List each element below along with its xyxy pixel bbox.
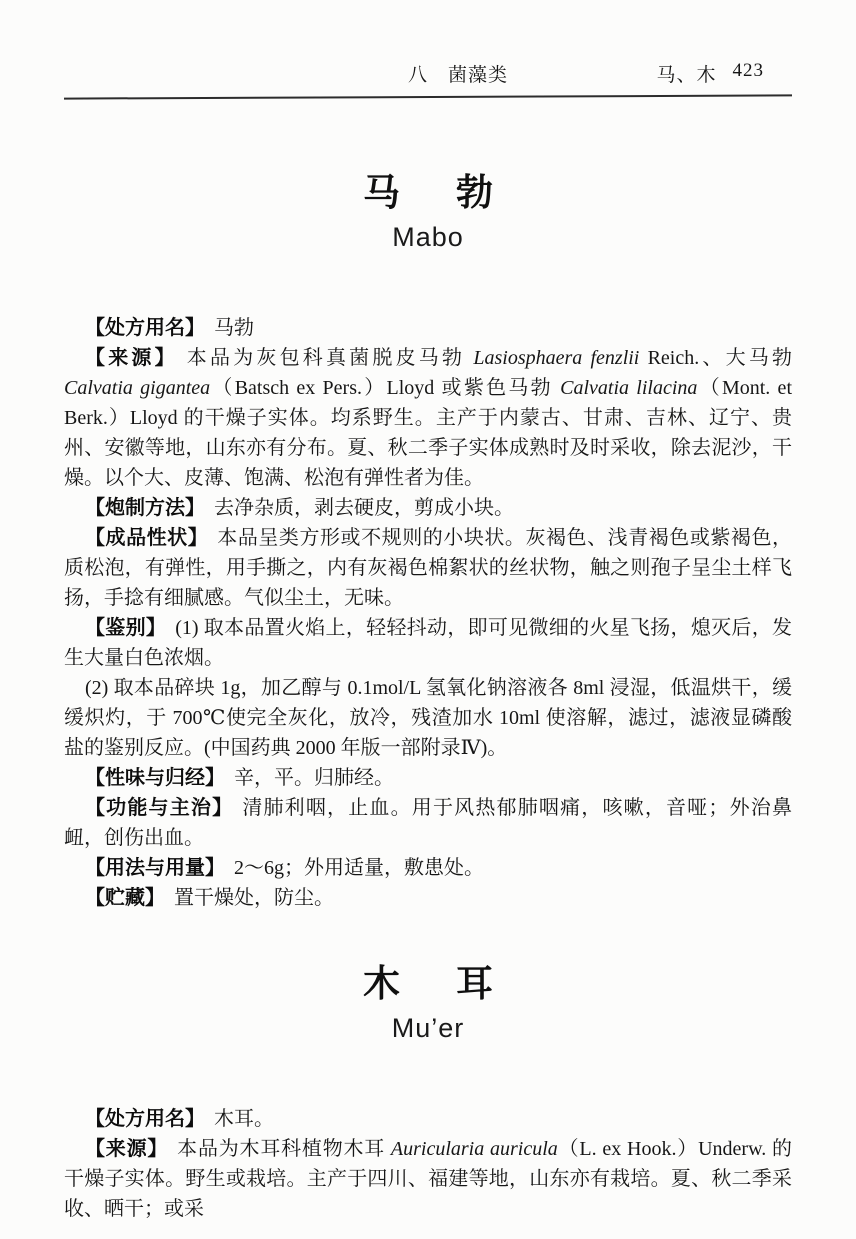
header-rule bbox=[64, 94, 792, 99]
entry-title-char: 木 bbox=[363, 965, 400, 1002]
section-label: 【处方用名】 bbox=[85, 1108, 205, 1130]
paragraph: 【处方用名】木耳。 bbox=[64, 1104, 792, 1134]
entry-title-char: 勃 bbox=[456, 174, 493, 211]
text-run: （Batsch ex Pers.）Lloyd 或紫色马勃 bbox=[210, 377, 560, 399]
section-label: 【来源】 bbox=[85, 347, 178, 369]
paragraph: 【来源】本品为灰包科真菌脱皮马勃 Lasiosphaera fenzlii Re… bbox=[64, 343, 792, 493]
latin-species-name: Lasiosphaera fenzlii bbox=[473, 347, 639, 369]
entry-body: 【处方用名】木耳。【来源】本品为木耳科植物木耳 Auricularia auri… bbox=[64, 1104, 792, 1224]
latin-species-name: Auricularia auricula bbox=[391, 1138, 558, 1160]
text-run: 置干燥处，防尘。 bbox=[174, 887, 334, 909]
page-header: 八 菌藻类 马、木 423 bbox=[64, 0, 792, 87]
text-run: 辛，平。归肺经。 bbox=[234, 767, 394, 789]
paragraph: 【功能与主治】清肺利咽，止血。用于风热郁肺咽痛，咳嗽，音哑；外治鼻衄，创伤出血。 bbox=[64, 793, 792, 853]
section-label: 【成品性状】 bbox=[85, 527, 208, 549]
paragraph: 【鉴别】(1) 取本品置火焰上，轻轻抖动，即可见微细的火星飞扬，熄灭后，发生大量… bbox=[64, 613, 792, 673]
page-header-right: 马、木 423 bbox=[656, 60, 792, 87]
section-label: 【处方用名】 bbox=[85, 317, 205, 339]
text-run: 本品为木耳科植物木耳 bbox=[177, 1138, 391, 1160]
chapter-title: 八 菌藻类 bbox=[408, 60, 508, 87]
section-label: 【用法与用量】 bbox=[85, 857, 225, 879]
entry-range: 马、木 bbox=[656, 60, 716, 87]
text-run: 2～6g；外用适量，敷患处。 bbox=[234, 857, 484, 879]
entry-title: 马勃 bbox=[64, 174, 792, 211]
text-run: Reich.、大马勃 bbox=[639, 347, 792, 369]
paragraph: 【用法与用量】2～6g；外用适量，敷患处。 bbox=[64, 853, 792, 883]
text-run: 本品为灰包科真菌脱皮马勃 bbox=[187, 347, 474, 369]
section-label: 【性味与归经】 bbox=[85, 767, 225, 789]
entry-title-char: 耳 bbox=[456, 965, 493, 1002]
paragraph: 【性味与归经】辛，平。归肺经。 bbox=[64, 763, 792, 793]
paragraph: 【来源】本品为木耳科植物木耳 Auricularia auricula（L. e… bbox=[64, 1134, 792, 1224]
text-run: 马勃 bbox=[214, 317, 254, 339]
paragraph: 【贮藏】置干燥处，防尘。 bbox=[64, 883, 792, 913]
section-label: 【功能与主治】 bbox=[85, 797, 233, 819]
section-label: 【炮制方法】 bbox=[85, 497, 205, 519]
paragraph: 【炮制方法】去净杂质，剥去硬皮，剪成小块。 bbox=[64, 493, 792, 523]
text-run: (2) 取本品碎块 1g，加乙醇与 0.1mol/L 氢氧化钠溶液各 8ml 浸… bbox=[64, 677, 792, 759]
text-run: 去净杂质，剥去硬皮，剪成小块。 bbox=[214, 497, 514, 519]
entry: 木耳Mu’er【处方用名】木耳。【来源】本品为木耳科植物木耳 Auricular… bbox=[64, 965, 792, 1224]
entry-pinyin: Mabo bbox=[64, 222, 792, 253]
paragraph: 【处方用名】马勃 bbox=[64, 313, 792, 343]
latin-species-name: Calvatia gigantea bbox=[64, 377, 210, 399]
page-number: 423 bbox=[733, 60, 765, 87]
scanned-book-page: 八 菌藻类 马、木 423 马勃Mabo【处方用名】马勃【来源】本品为灰包科真菌… bbox=[0, 0, 856, 1239]
latin-species-name: Calvatia lilacina bbox=[560, 377, 697, 399]
paragraph: 【成品性状】本品呈类方形或不规则的小块状。灰褐色、浅青褐色或紫褐色，质松泡，有弹… bbox=[64, 523, 792, 613]
section-label: 【鉴别】 bbox=[85, 617, 166, 639]
entry: 马勃Mabo【处方用名】马勃【来源】本品为灰包科真菌脱皮马勃 Lasiospha… bbox=[64, 174, 792, 913]
entry-title-char: 马 bbox=[363, 174, 400, 211]
entry-body: 【处方用名】马勃【来源】本品为灰包科真菌脱皮马勃 Lasiosphaera fe… bbox=[64, 313, 792, 913]
section-label: 【贮藏】 bbox=[85, 887, 165, 909]
section-label: 【来源】 bbox=[85, 1138, 168, 1160]
paragraph: (2) 取本品碎块 1g，加乙醇与 0.1mol/L 氢氧化钠溶液各 8ml 浸… bbox=[64, 673, 792, 763]
text-run: (1) 取本品置火焰上，轻轻抖动，即可见微细的火星飞扬，熄灭后，发生大量白色浓烟… bbox=[64, 617, 792, 669]
entry-pinyin: Mu’er bbox=[64, 1013, 792, 1044]
entry-title: 木耳 bbox=[64, 965, 792, 1002]
text-run: 木耳。 bbox=[214, 1108, 274, 1130]
entries: 马勃Mabo【处方用名】马勃【来源】本品为灰包科真菌脱皮马勃 Lasiospha… bbox=[64, 174, 792, 1224]
